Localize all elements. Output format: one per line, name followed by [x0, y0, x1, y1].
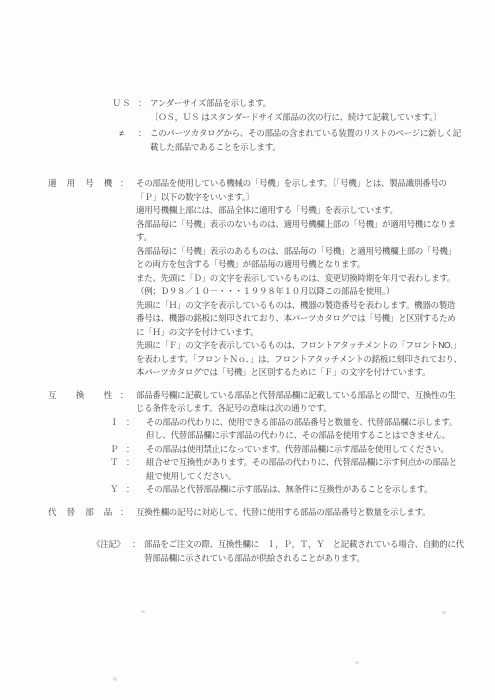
separator-colon: ： [112, 389, 136, 403]
separator-colon: ： [126, 443, 146, 457]
section-applicable-serial-no: 適用号機 ： その部品を使用している機械の「号機」を示します。〔「号機」とは、製… [0, 177, 495, 380]
section-body: 互換性欄の記号に対応して、代替に使用する部品の部品番号と数量を示します。 [136, 506, 463, 520]
symbol-y: Ｙ [110, 483, 126, 497]
sub-entry-text: その部品は使用禁止になっています。代替部品欄に示す部品を使用してください。 [146, 443, 463, 457]
paragraph: 各部品毎に「号機」表示のないものは、適用号機欄上部の「号機」が適用号機になります… [136, 218, 463, 245]
note-text: 部品をご注文の際、互換性欄に Ｉ，Ｐ，Ｔ，Ｙ と記載されている場合、自動的に代替… [144, 538, 465, 565]
definition-body: このパーツカタログから、その部品の含まれている装置のリストのページに新しく記載し… [150, 127, 465, 154]
separator-colon: ： [112, 177, 136, 191]
separator-colon: ： [126, 483, 146, 497]
section-interchangeability: 互換性 ： 部品番号欄に記載している部品と代替部品欄に記載している部品との間で、… [0, 389, 495, 416]
definition-line: このパーツカタログから、その部品の含まれている装置のリストのページに新しく記載し… [150, 127, 465, 154]
note-entry: 《注記》 ： 部品をご注文の際、互換性欄に Ｉ，Ｐ，Ｔ，Ｙ と記載されている場合… [0, 538, 495, 565]
paragraph: 各部品毎に「号機」表示のあるものは、部品毎の「号機」と適用号機欄上部の「号機」と… [136, 245, 463, 272]
paragraph: その部品を使用している機械の「号機」を示します。〔「号機」とは、製品識別番号の「… [136, 177, 463, 204]
definition-line: アンダーサイズ部品を示します。 [150, 97, 465, 111]
definition-line: 〔ＯＳ，ＵＳ はスタンダードサイズ部品の次の行に、続けて記載しています。〕 [150, 111, 465, 125]
section-term: 代替部品 [48, 506, 112, 520]
symbol-p: Ｐ [110, 443, 126, 457]
section-term: 適用号機 [48, 177, 112, 191]
paragraph: （例；Ｄ９８／１０－・・・１９９８年１０月以降この部品を使用。） [136, 285, 463, 299]
sub-entry-t: Ｔ ： 組合せで互換性があります。その部品の代わりに、代替部品欄に示す何点かの部… [0, 456, 495, 483]
scanned-parts-catalog-legend-page: ＵＳ ： アンダーサイズ部品を示します。 〔ＯＳ，ＵＳ はスタンダードサイズ部品… [0, 0, 495, 700]
page-content: ＵＳ ： アンダーサイズ部品を示します。 〔ＯＳ，ＵＳ はスタンダードサイズ部品… [0, 97, 495, 565]
scan-artifact [113, 677, 117, 681]
sub-entry-text: その部品の代わりに、使用できる部品の部品番号と数量を、代替部品欄に示します。但し… [146, 416, 463, 443]
scan-artifact [141, 610, 145, 613]
symbol-t: Ｔ [110, 456, 126, 470]
scan-artifact [355, 661, 359, 664]
note-term: 《注記》 [92, 538, 128, 552]
section-body: その部品を使用している機械の「号機」を示します。〔「号機」とは、製品識別番号の「… [136, 177, 463, 380]
paragraph: 先頭に「Ｈ」の文字を表示しているものは、機器の製造番号を表わします。機器の製造番… [136, 299, 463, 340]
legend-entry-us: ＵＳ ： アンダーサイズ部品を示します。 〔ＯＳ，ＵＳ はスタンダードサイズ部品… [0, 97, 495, 124]
sub-entry-y: Ｙ ： その部品と代替部品欄に示す部品は、無条件に互換性があることを示します。 [0, 483, 495, 497]
separator-colon: ： [126, 416, 146, 430]
legend-entry-new-part: ≠ ： このパーツカタログから、その部品の含まれている装置のリストのページに新し… [0, 127, 495, 154]
scan-artifact [442, 611, 446, 614]
sub-entry-i: Ｉ ： その部品の代わりに、使用できる部品の部品番号と数量を、代替部品欄に示しま… [0, 416, 495, 443]
separator-colon: ： [134, 97, 150, 111]
sub-entry-text: 組合せで互換性があります。その部品の代わりに、代替部品欄に示す何点かの部品と組で… [146, 456, 463, 483]
section-term: 互換性 [48, 389, 112, 403]
separator-colon: ： [112, 506, 136, 520]
definition-body: アンダーサイズ部品を示します。 〔ＯＳ，ＵＳ はスタンダードサイズ部品の次の行に… [150, 97, 465, 124]
symbol-us: ＵＳ [110, 97, 134, 111]
sub-entry-text: その部品と代替部品欄に示す部品は、無条件に互換性があることを示します。 [146, 483, 463, 497]
paragraph: 先頭に「Ｆ」の文字を表示しているものは、フロントアタッチメントの「フロントNO.… [136, 339, 463, 380]
separator-colon: ： [128, 538, 144, 552]
symbol-not-equal: ≠ [110, 127, 134, 141]
paragraph: 部品番号欄に記載している部品と代替部品欄に記載している部品との間で、互換性の生じ… [136, 389, 463, 416]
symbol-i: Ｉ [110, 416, 126, 430]
separator-colon: ： [126, 456, 146, 470]
paragraph: 適用号機欄上部には、部品全体に適用する「号機」を表示しています。 [136, 204, 463, 218]
section-substitute-parts: 代替部品 ： 互換性欄の記号に対応して、代替に使用する部品の部品番号と数量を示し… [0, 506, 495, 520]
sub-entry-p: Ｐ ： その部品は使用禁止になっています。代替部品欄に示す部品を使用してください… [0, 443, 495, 457]
paragraph: また、先頭に「Ｄ」の文字を表示しているものは、変更切換時期を年月で表わします。 [136, 272, 463, 286]
separator-colon: ： [134, 127, 150, 141]
paragraph: 互換性欄の記号に対応して、代替に使用する部品の部品番号と数量を示します。 [136, 506, 463, 520]
section-body: 部品番号欄に記載している部品と代替部品欄に記載している部品との間で、互換性の生じ… [136, 389, 463, 416]
